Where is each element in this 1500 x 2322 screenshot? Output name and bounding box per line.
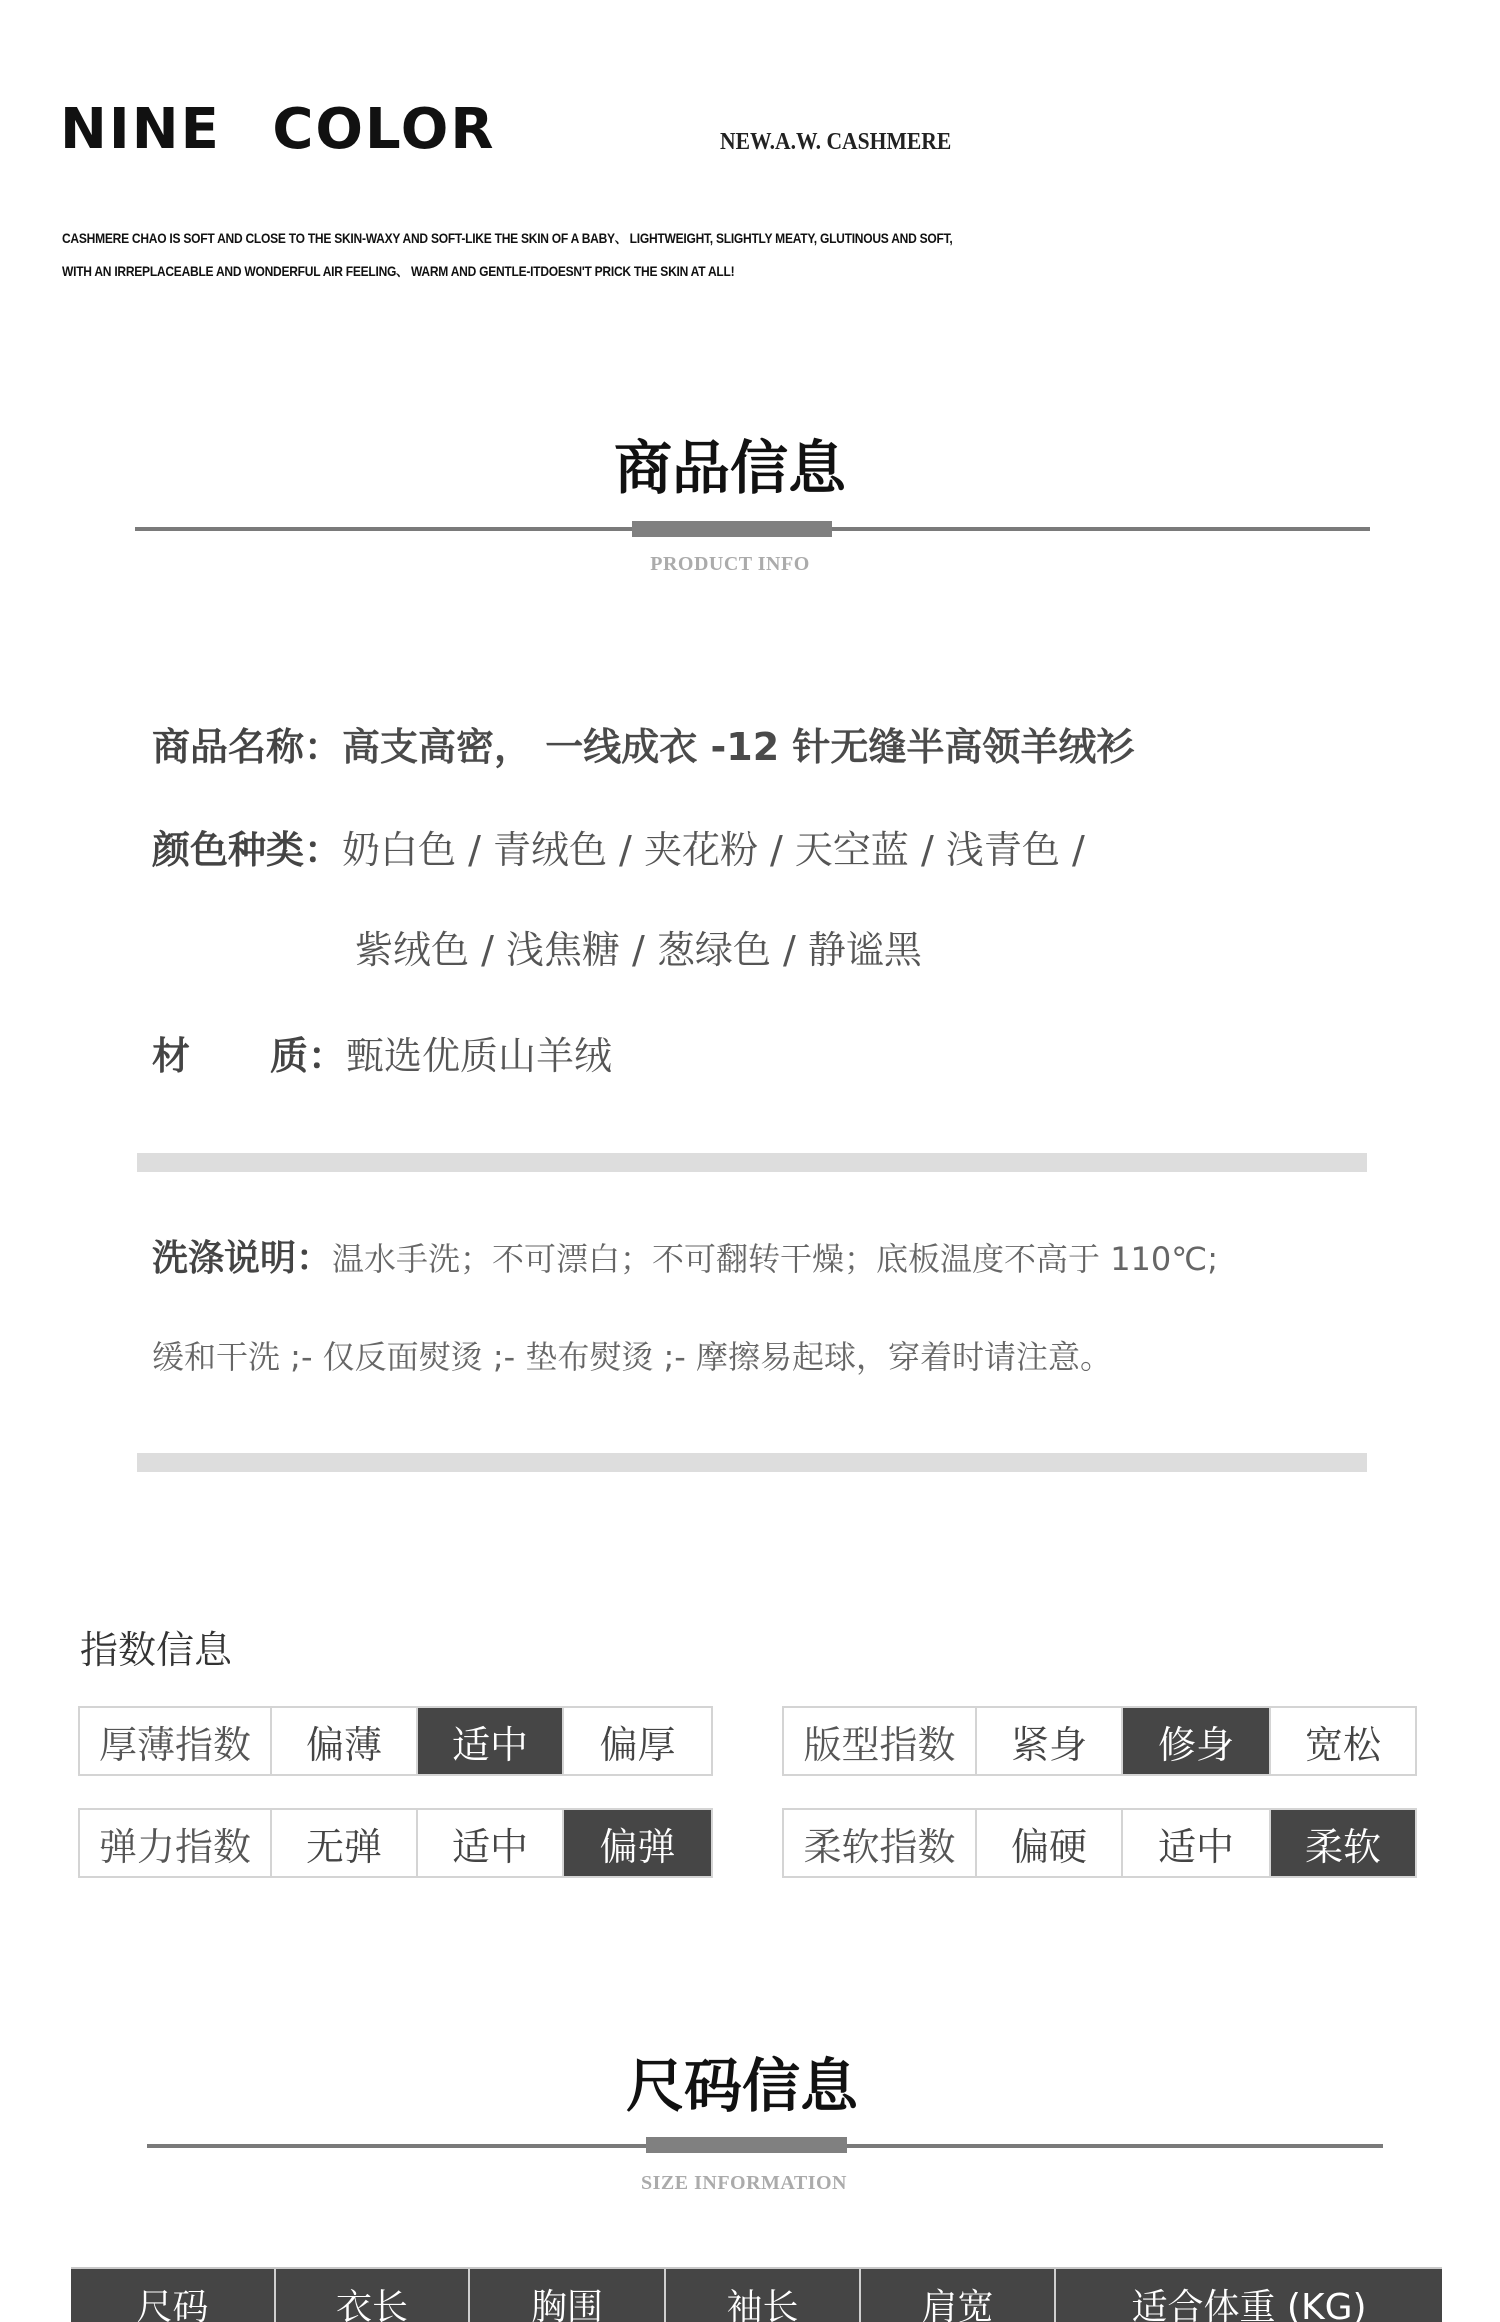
index-option: 偏薄 <box>272 1708 418 1774</box>
product-name-value: 高支高密， 一线成衣 -12 针无缝半高领羊绒衫 <box>342 725 1134 769</box>
material-value: 甄选优质山羊绒 <box>346 1034 612 1078</box>
product-name-row: 商品名称：高支高密， 一线成衣 -12 针无缝半高领羊绒衫 <box>152 725 1134 769</box>
size-col-shoulder: 肩宽 <box>861 2269 1056 2322</box>
material-label-b: 质： <box>270 1034 346 1078</box>
index-option: 紧身 <box>977 1708 1123 1774</box>
heading-rule-accent <box>646 2137 847 2153</box>
washing-line-1: 温水手洗；不可漂白；不可翻转干燥；底板温度不高于 110℃; <box>332 1240 1218 1278</box>
index-row-softness: 柔软指数 偏硬 适中 柔软 <box>782 1808 1417 1878</box>
index-option: 适中 <box>418 1810 564 1876</box>
size-info-subtitle: SIZE INFORMATION <box>0 2172 1494 2195</box>
product-info-title: 商品信息 <box>0 436 1480 500</box>
index-row-elasticity: 弹力指数 无弹 适中 偏弹 <box>78 1808 713 1878</box>
index-info-title: 指数信息 <box>80 1628 232 1672</box>
size-col-sleeve: 袖长 <box>666 2269 861 2322</box>
index-option-selected: 修身 <box>1123 1708 1271 1774</box>
index-label: 厚薄指数 <box>80 1708 272 1774</box>
size-table-header: 尺码 衣长 胸围 袖长 肩宽 适合体重 (KG) <box>71 2267 1442 2322</box>
index-option: 适中 <box>1123 1810 1271 1876</box>
size-col-size: 尺码 <box>71 2269 276 2322</box>
index-option-selected: 适中 <box>418 1708 564 1774</box>
brand-name: NINE COLOR <box>60 100 495 160</box>
color-values-line-1: 奶白色 / 青绒色 / 夹花粉 / 天空蓝 / 浅青色 / <box>342 828 1085 872</box>
index-option: 偏厚 <box>564 1708 711 1774</box>
tagline-line-2: WITH AN IRREPLACEABLE AND WONDERFUL AIR … <box>62 261 734 281</box>
color-label: 颜色种类： <box>152 828 342 872</box>
product-info-subtitle: PRODUCT INFO <box>0 553 1480 576</box>
size-info-title: 尺码信息 <box>0 2054 1492 2118</box>
index-row-fit: 版型指数 紧身 修身 宽松 <box>782 1706 1417 1776</box>
index-option: 无弹 <box>272 1810 418 1876</box>
sub-brand: NEW.A.W. CASHMERE <box>720 128 951 156</box>
heading-rule-accent <box>632 521 832 537</box>
tagline-line-1: CASHMERE CHAO IS SOFT AND CLOSE TO THE S… <box>62 228 952 248</box>
index-option-selected: 柔软 <box>1271 1810 1415 1876</box>
washing-row: 洗涤说明：温水手洗；不可漂白；不可翻转干燥；底板温度不高于 110℃; <box>152 1238 1218 1280</box>
index-label: 版型指数 <box>784 1708 977 1774</box>
divider-bar <box>137 1153 1367 1172</box>
material-label-a: 材 <box>152 1034 270 1078</box>
index-option: 宽松 <box>1271 1708 1415 1774</box>
color-values-line-2: 紫绒色 / 浅焦糖 / 葱绿色 / 静谧黑 <box>355 928 922 972</box>
size-col-weight: 适合体重 (KG) <box>1056 2269 1442 2322</box>
material-row: 材质：甄选优质山羊绒 <box>152 1034 612 1078</box>
size-col-length: 衣长 <box>276 2269 470 2322</box>
index-option-selected: 偏弹 <box>564 1810 711 1876</box>
index-option: 偏硬 <box>977 1810 1123 1876</box>
color-row: 颜色种类：奶白色 / 青绒色 / 夹花粉 / 天空蓝 / 浅青色 / <box>152 828 1085 872</box>
size-col-chest: 胸围 <box>470 2269 666 2322</box>
index-label: 弹力指数 <box>80 1810 272 1876</box>
washing-label: 洗涤说明： <box>152 1238 332 1279</box>
divider-bar <box>137 1453 1367 1472</box>
washing-line-2: 缓和干洗 ;- 仅反面熨烫 ;- 垫布熨烫 ;- 摩擦易起球，穿着时请注意。 <box>152 1336 1112 1378</box>
product-name-label: 商品名称： <box>152 725 342 769</box>
index-label: 柔软指数 <box>784 1810 977 1876</box>
index-row-thickness: 厚薄指数 偏薄 适中 偏厚 <box>78 1706 713 1776</box>
